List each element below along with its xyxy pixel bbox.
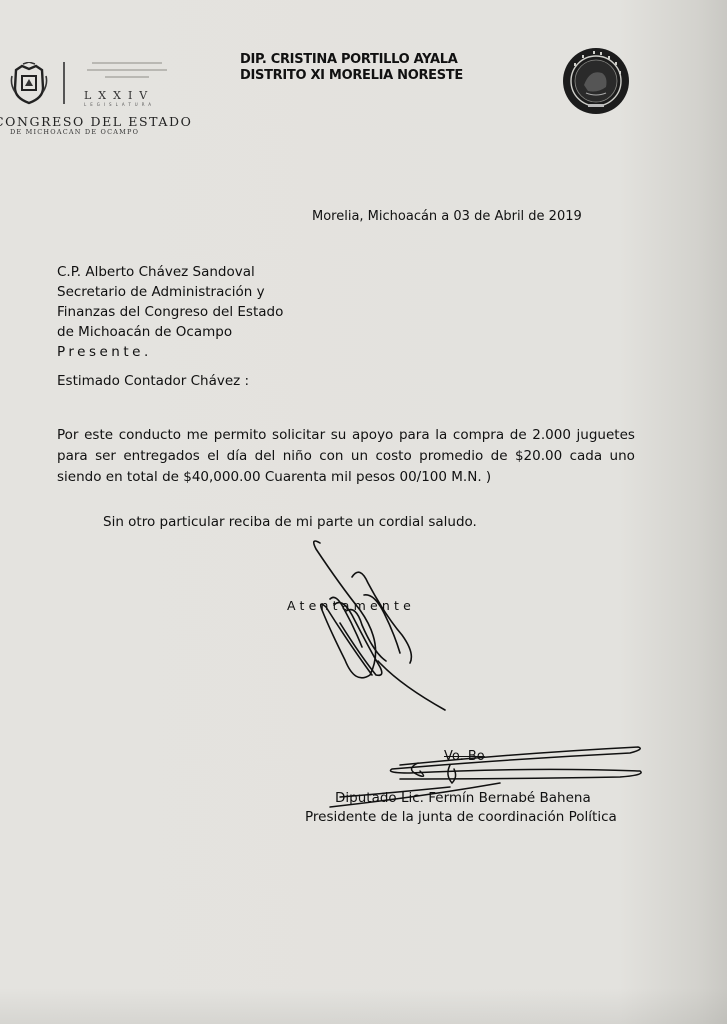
body-word: juguetes <box>577 425 635 446</box>
handwritten-signature-icon <box>290 535 460 715</box>
scanned-letter-page: LXXIV LEGISLATURA CONGRESO DEL ESTADO DE… <box>0 0 727 1024</box>
body-line-3: siendo en total de $40,000.00 Cuarenta m… <box>57 467 637 488</box>
body-line-2: paraserentregadoseldíadelniñoconuncostop… <box>57 446 635 467</box>
presente-line: Presente. <box>57 342 283 362</box>
body-word: me <box>187 425 208 446</box>
body-word: uno <box>610 446 635 467</box>
body-word: ser <box>95 446 116 467</box>
sender-district: DISTRITO XI MORELIA NORESTE <box>240 68 463 83</box>
body-word: el <box>207 446 219 467</box>
body-word: la <box>435 425 447 446</box>
body-word: $20.00 <box>515 446 562 467</box>
recipient-block: C.P. Alberto Chávez Sandoval Secretario … <box>57 262 283 362</box>
recipient-line: Secretario de Administración y <box>57 282 283 302</box>
body-word: su <box>331 425 347 446</box>
body-word: costo <box>375 446 411 467</box>
faded-letterhead-text <box>82 62 172 83</box>
body-word: para <box>399 425 430 446</box>
body-word: Por <box>57 425 78 446</box>
body-word: compra <box>453 425 504 446</box>
body-word: con <box>319 446 343 467</box>
body-word: cada <box>570 446 603 467</box>
body-word: permito <box>214 425 267 446</box>
body-word: del <box>255 446 276 467</box>
body-word: de <box>491 446 508 467</box>
institution-subtitle: DE MICHOACAN DE OCAMPO <box>10 128 139 136</box>
recipient-line: Finanzas del Congreso del Estado <box>57 302 283 322</box>
place-and-date: Morelia, Michoacán a 03 de Abril de 2019 <box>312 209 582 224</box>
body-word: apoyo <box>352 425 393 446</box>
body-word: entregados <box>123 446 199 467</box>
body-word: un <box>351 446 368 467</box>
body-word: promedio <box>419 446 483 467</box>
body-paragraph: Poresteconductomepermitosolicitarsuapoyo… <box>57 425 637 488</box>
approval-signature-icon <box>300 735 650 815</box>
letterhead-divider <box>63 62 65 104</box>
body-word: de <box>510 425 527 446</box>
body-word: este <box>84 425 113 446</box>
body-word: para <box>57 446 88 467</box>
mexico-national-seal-icon <box>562 47 630 115</box>
legislature-number: LXXIV <box>84 89 154 102</box>
body-word: día <box>227 446 248 467</box>
body-word: niño <box>283 446 312 467</box>
body-line-1: Poresteconductomepermitosolicitarsuapoyo… <box>57 425 635 446</box>
state-coat-of-arms-icon <box>10 62 48 106</box>
recipient-line: de Michoacán de Ocampo <box>57 322 283 342</box>
sender-name: DIP. CRISTINA PORTILLO AYALA <box>240 52 458 67</box>
body-word: 2.000 <box>532 425 571 446</box>
recipient-line: C.P. Alberto Chávez Sandoval <box>57 262 283 282</box>
institution-name: CONGRESO DEL ESTADO <box>0 114 193 129</box>
body-word: conducto <box>119 425 181 446</box>
legislature-word: LEGISLATURA <box>84 102 155 107</box>
body-word: solicitar <box>272 425 325 446</box>
closing-sentence: Sin otro particular reciba de mi parte u… <box>103 514 477 530</box>
greeting: Estimado Contador Chávez : <box>57 373 249 389</box>
